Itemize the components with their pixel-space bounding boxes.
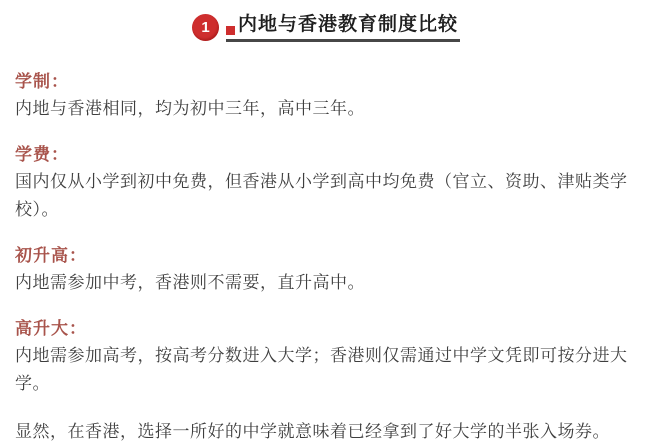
- section-heading: 初升高：: [15, 246, 637, 266]
- section-tuition: 学费： 国内仅从小学到初中免费，但香港从小学到高中均免费（官立、资助、津贴类学校…: [15, 145, 637, 224]
- section-body: 国内仅从小学到初中免费，但香港从小学到高中均免费（官立、资助、津贴类学校）。: [15, 168, 637, 224]
- section-heading: 学费：: [15, 145, 637, 165]
- section-number-badge: 1: [192, 14, 219, 41]
- section-body: 内地需参加高考，按高考分数进入大学；香港则仅需通过中学文凭即可按分进大学。: [15, 342, 637, 398]
- article-content: 学制： 内地与香港相同，均为初中三年，高中三年。 学费： 国内仅从小学到初中免费…: [0, 42, 652, 445]
- section-school-system: 学制： 内地与香港相同，均为初中三年，高中三年。: [15, 72, 637, 123]
- red-square-accent-icon: [226, 26, 235, 35]
- section-heading: 高升大：: [15, 319, 637, 339]
- article-page: 1 内地与香港教育制度比较 学制： 内地与香港相同，均为初中三年，高中三年。 学…: [0, 0, 652, 445]
- section-senior-to-university: 高升大： 内地需参加高考，按高考分数进入大学；香港则仅需通过中学文凭即可按分进大…: [15, 319, 637, 398]
- section-junior-to-senior: 初升高： 内地需参加中考，香港则不需要，直升高中。: [15, 246, 637, 297]
- badge-number: 1: [201, 19, 209, 36]
- section-heading: 学制：: [15, 72, 637, 92]
- article-title-bar: 1 内地与香港教育制度比较: [0, 0, 652, 42]
- section-body: 内地需参加中考，香港则不需要，直升高中。: [15, 269, 637, 297]
- section-body: 内地与香港相同，均为初中三年，高中三年。: [15, 95, 637, 123]
- closing-remark: 显然，在香港，选择一所好的中学就意味着已经拿到了好大学的半张入场券。: [15, 418, 637, 445]
- title-underline-group: 内地与香港教育制度比较: [226, 14, 460, 42]
- page-title: 内地与香港教育制度比较: [238, 14, 458, 36]
